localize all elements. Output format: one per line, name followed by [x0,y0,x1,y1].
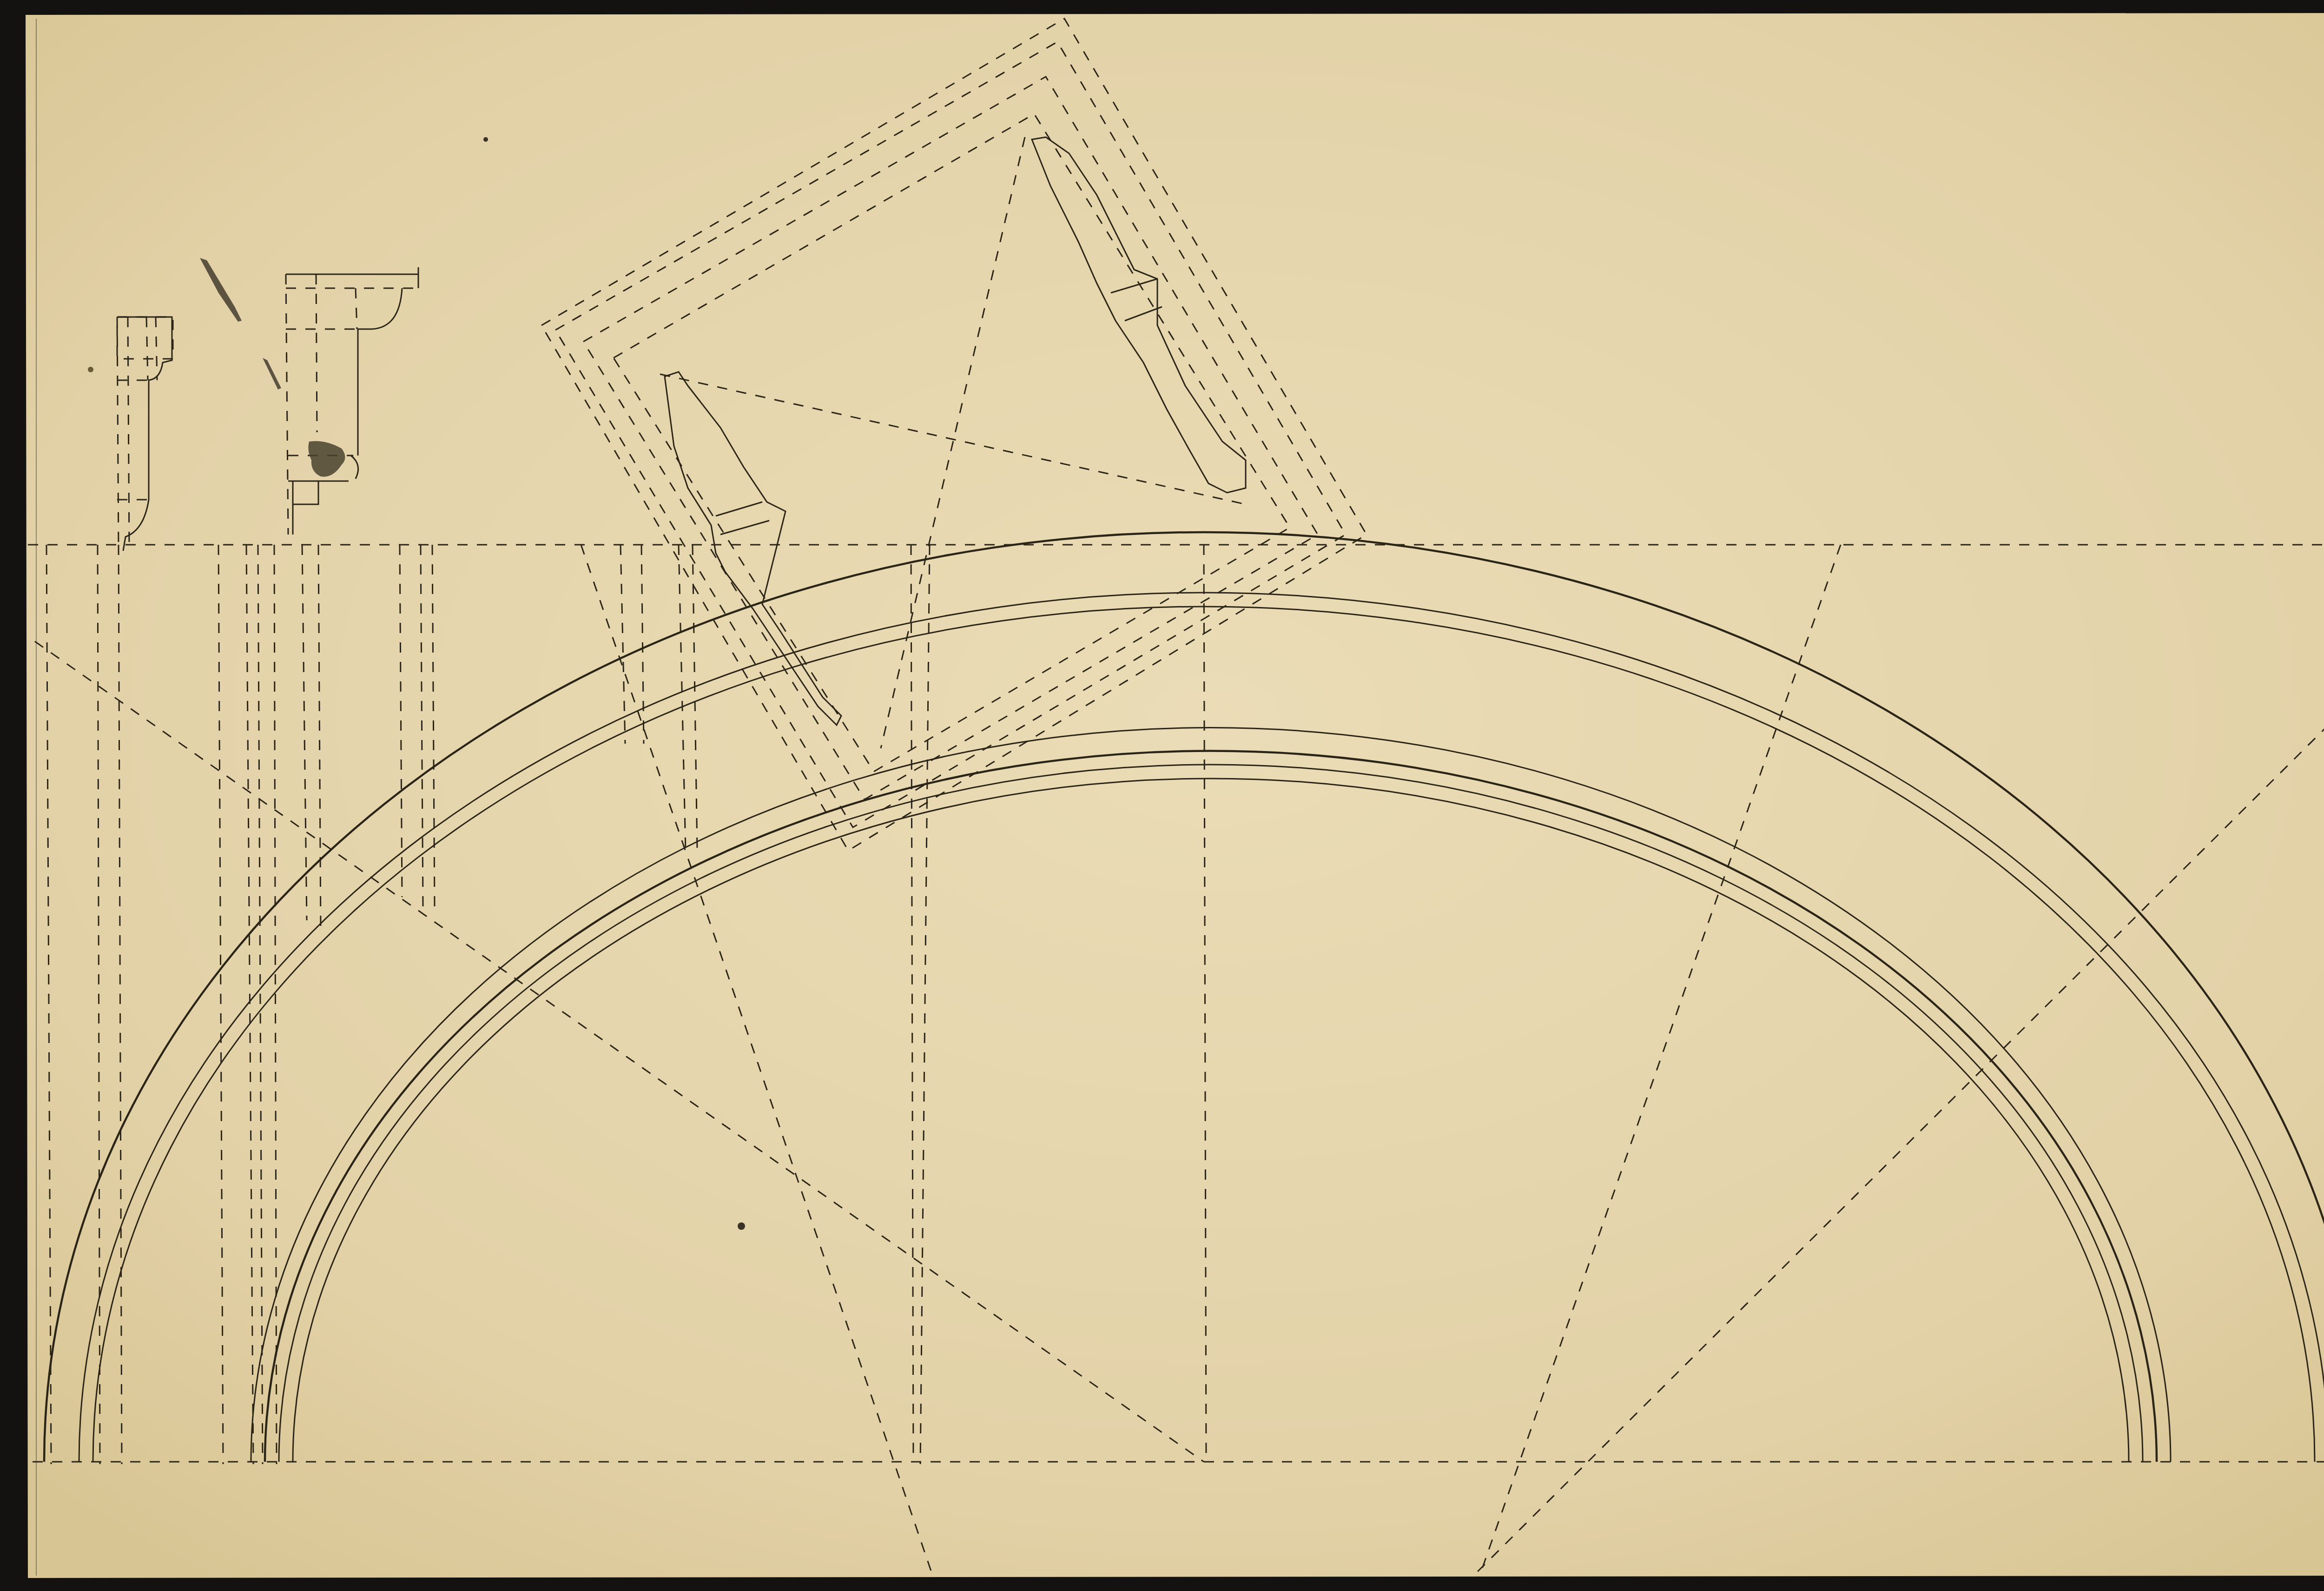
ink-dot-small [483,137,488,142]
drawing-sheet [0,0,2324,1591]
architectural-drawing [0,0,2324,1591]
ink-dot-small-2 [88,367,93,372]
paper [26,13,2324,1578]
ink-dot [738,1222,745,1230]
